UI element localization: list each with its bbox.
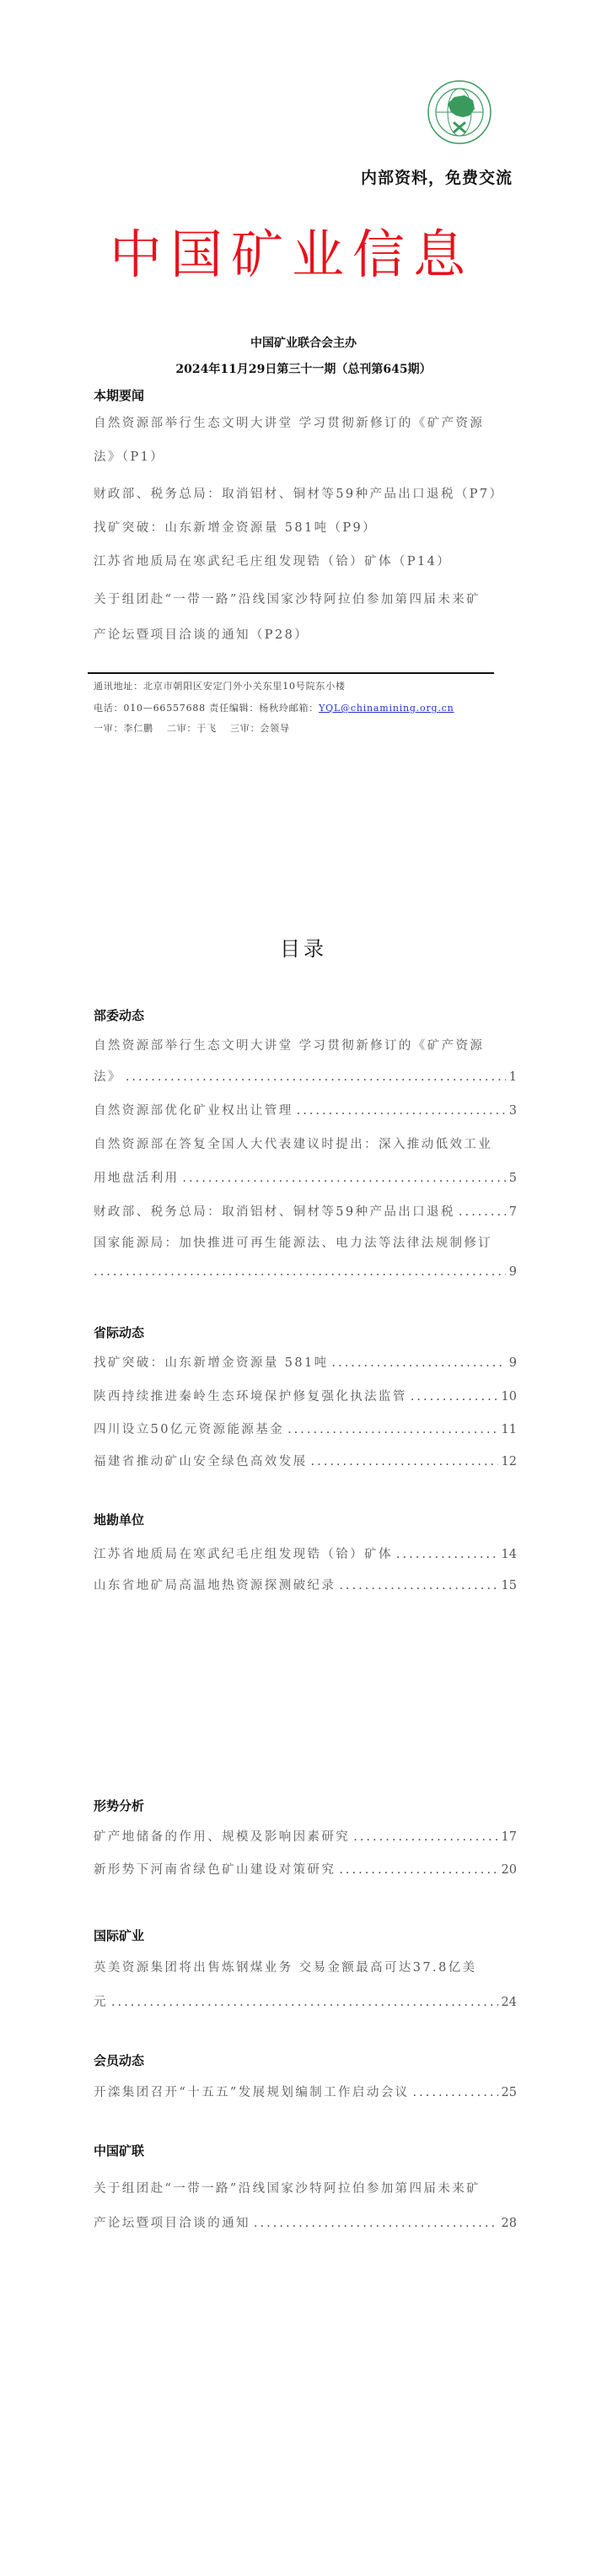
leader-dots <box>339 1863 497 1877</box>
toc-row[interactable]: 自然资源部在答复全国人大代表建议时提出：深入推动低效工业 <box>94 1134 517 1152</box>
leader-dots <box>287 1423 497 1436</box>
highlight-line: 江苏省地质局在寒武纪毛庄组发现锆（铪）矿体（P14） <box>94 552 517 569</box>
highlight-line: 自然资源部举行生态文明大讲堂 学习贯彻新修订的《矿产资源 <box>94 413 517 431</box>
toc-section-heading: 中国矿联 <box>94 2142 144 2159</box>
leader-dots <box>297 1104 506 1118</box>
highlight-line: 产论坛暨项目洽谈的通知（P28） <box>94 625 517 643</box>
toc-row[interactable]: 财政部、税务总局：取消铝材、铜材等59种产品出口退税7 <box>94 1202 517 1220</box>
toc-row[interactable]: 自然资源部优化矿业权出让管理3 <box>94 1101 517 1118</box>
toc-page-number: 12 <box>502 1455 517 1469</box>
toc-row[interactable]: 陕西持续推进秦岭生态环境保护修复强化执法监管10 <box>94 1387 517 1404</box>
toc-row[interactable]: 用地盘活利用5 <box>94 1168 517 1186</box>
toc-row[interactable]: 法》1 <box>94 1067 517 1085</box>
toc-row[interactable]: 找矿突破：山东新增金资源量 581吨9 <box>94 1353 517 1371</box>
tagline: 内部资料，免费交流 <box>361 165 513 188</box>
toc-section-heading: 形势分析 <box>94 1797 144 1814</box>
toc-page-number: 5 <box>509 1172 517 1185</box>
leader-dots <box>353 1830 497 1844</box>
issue-line: 2024年11月29日第三十一期（总刊第645期） <box>0 360 607 377</box>
leader-dots <box>126 1070 506 1084</box>
contact-address: 通讯地址：北京市朝阳区安定门外小关东里10号院东小楼 <box>94 679 346 693</box>
leader-dots <box>94 1265 506 1279</box>
toc-row[interactable]: 山东省地矿局高温地热资源探测破纪录15 <box>94 1576 517 1593</box>
leader-dots <box>459 1205 506 1219</box>
toc-row[interactable]: 9 <box>94 1265 517 1279</box>
contact-phone-editor: 电话：010—66557688 责任编辑：杨秋玲邮箱：YQL@chinamini… <box>94 701 454 714</box>
toc-page-number: 28 <box>502 2217 517 2230</box>
leader-dots <box>111 1996 498 2009</box>
toc-page-number: 9 <box>509 1356 517 1370</box>
highlight-line: 找矿突破：山东新增金资源量 581吨（P9） <box>94 518 517 536</box>
toc-row[interactable]: 四川设立50亿元资源能源基金11 <box>94 1420 517 1437</box>
toc-page-number: 17 <box>502 1830 517 1844</box>
toc-page-number: 24 <box>502 1996 517 2009</box>
toc-row[interactable]: 英美资源集团将出售炼钢煤业务 交易金额最高可达37.8亿美 <box>94 1958 517 1975</box>
toc-row[interactable]: 矿产地储备的作用、规模及影响因素研究17 <box>94 1827 517 1845</box>
toc-page-number: 7 <box>509 1205 517 1219</box>
toc-page-number: 1 <box>509 1070 517 1084</box>
toc-page-number: 25 <box>502 2086 517 2099</box>
divider <box>88 672 494 674</box>
leader-dots <box>413 2086 498 2099</box>
contact-phone-editor-label: 电话：010—66557688 责任编辑：杨秋玲邮箱： <box>94 703 319 714</box>
toc-row[interactable]: 自然资源部举行生态文明大讲堂 学习贯彻新修订的《矿产资源 <box>94 1036 517 1054</box>
toc-row[interactable]: 元24 <box>94 1992 517 2010</box>
toc-section-heading: 部委动态 <box>94 1006 144 1024</box>
leader-dots <box>254 2217 498 2230</box>
highlights-heading: 本期要闻 <box>94 386 144 404</box>
highlight-line: 财政部、税务总局：取消铝材、铜材等59种产品出口退税（P7） <box>94 484 517 502</box>
toc-row[interactable]: 福建省推动矿山安全绿色高效发展12 <box>94 1452 517 1469</box>
contact-email-link[interactable]: YQL@chinamining.org.cn <box>319 703 454 714</box>
toc-page-number: 9 <box>509 1265 517 1279</box>
toc-row[interactable]: 新形势下河南省绿色矿山建设对策研究20 <box>94 1860 517 1878</box>
toc-page-number: 14 <box>502 1548 517 1561</box>
toc-row[interactable]: 产论坛暨项目洽谈的通知28 <box>94 2213 517 2231</box>
sponsor-line: 中国矿业联合会主办 <box>0 334 607 351</box>
highlight-line: 关于组团赴“一带一路”沿线国家沙特阿拉伯参加第四届未来矿 <box>94 590 517 607</box>
leader-dots <box>182 1172 505 1185</box>
toc-row[interactable]: 江苏省地质局在寒武纪毛庄组发现锆（铪）矿体14 <box>94 1544 517 1562</box>
toc-page-number: 15 <box>502 1579 517 1592</box>
toc-section-heading: 地勘单位 <box>94 1511 144 1528</box>
toc-row[interactable]: 开滦集团召开“十五五”发展规划编制工作启动会议25 <box>94 2083 517 2100</box>
toc-section-heading: 省际动态 <box>94 1323 144 1341</box>
toc-title: 目录 <box>0 932 607 962</box>
toc-page-number: 20 <box>502 1863 517 1877</box>
leader-dots <box>396 1548 498 1561</box>
toc-page-number: 3 <box>509 1104 517 1118</box>
toc-row[interactable]: 国家能源局：加快推进可再生能源法、电力法等法律法规制修订 <box>94 1233 517 1251</box>
toc-page-number: 11 <box>502 1423 517 1436</box>
toc-section-heading: 国际矿业 <box>94 1927 144 1944</box>
leader-dots <box>331 1356 505 1370</box>
leader-dots <box>339 1579 497 1592</box>
leader-dots <box>311 1455 498 1469</box>
highlight-line: 法》（P1） <box>94 447 517 465</box>
masthead-title: 中国矿业信息 <box>110 213 497 288</box>
leader-dots <box>411 1390 498 1404</box>
toc-page-number: 10 <box>502 1390 517 1404</box>
toc-row[interactable]: 关于组团赴“一带一路”沿线国家沙特阿拉伯参加第四届未来矿 <box>94 2179 517 2196</box>
contact-reviewers: 一审：李仁鹏 二审：于飞 三审：会领导 <box>94 721 290 735</box>
toc-section-heading: 会员动态 <box>94 2051 144 2069</box>
china-mining-association-logo-icon <box>426 78 493 146</box>
